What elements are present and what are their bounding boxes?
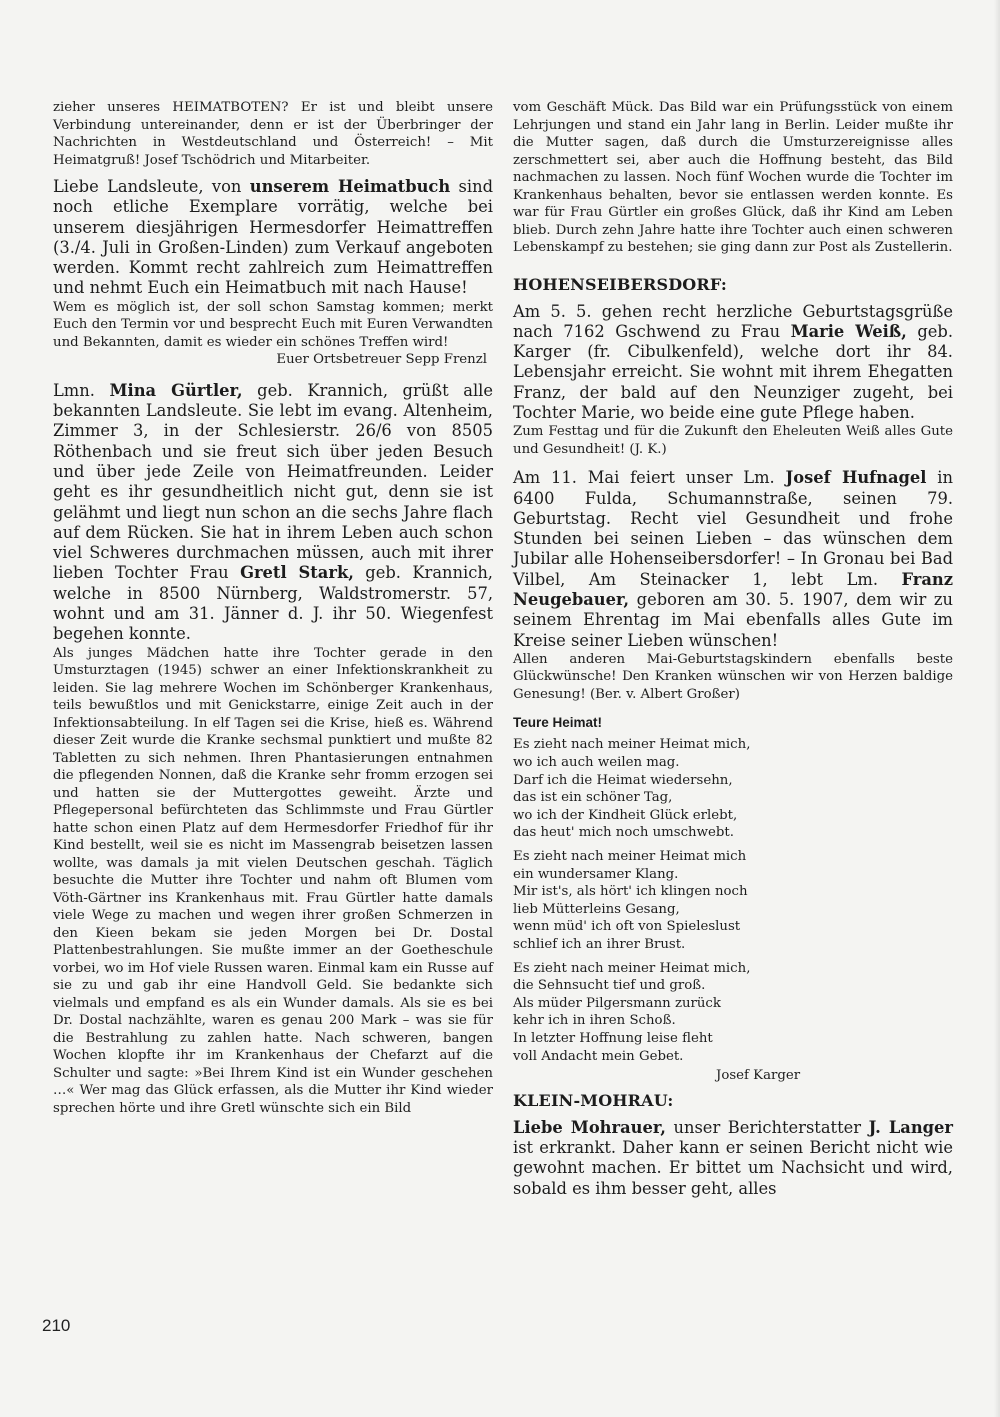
poem-author: Josef Karger	[513, 1067, 953, 1085]
hufnagel-paragraph: Am 11. Mai feiert unser Lm. Josef Hufnag…	[513, 468, 953, 651]
poem-line: wo ich auch weilen mag.	[513, 754, 953, 772]
text-span: ist erkrankt. Daher kann er seinen Beric…	[513, 1138, 953, 1198]
poem-line: Darf ich die Heimat wiedersehn,	[513, 772, 953, 790]
intro-continuation-paragraph: zieher unseres HEIMATBOTEN? Er ist und b…	[53, 99, 493, 169]
poem-title: Teure Heimat!	[513, 715, 953, 730]
poem-line: In letzter Hoffnung leise fleht	[513, 1030, 953, 1048]
poem-line: lieb Mütterleins Gesang,	[513, 901, 953, 919]
poem-line: die Sehnsucht tief und groß.	[513, 977, 953, 995]
section-heading-hohenseibersdorf: HOHENSEIBERSDORF:	[513, 275, 953, 294]
person-name: J. Langer	[869, 1118, 953, 1137]
poem-line: Mir ist's, als hört' ich klingen noch	[513, 883, 953, 901]
heimatbuch-emphasis: unserem Heimatbuch	[250, 177, 450, 196]
hufnagel-small-paragraph: Allen anderen Mai-Geburtstagskindern ebe…	[513, 651, 953, 704]
klein-mohrau-paragraph: Liebe Mohrauer, unser Berichterstatter J…	[513, 1118, 953, 1199]
poem-stanza: Es zieht nach meiner Heimat mich ein wun…	[513, 848, 953, 954]
section-heading-klein-mohrau: KLEIN-MOHRAU:	[513, 1091, 953, 1110]
salutation: Liebe Mohrauer,	[513, 1118, 666, 1137]
heimatbuch-small-paragraph: Wem es möglich ist, der soll schon Samst…	[53, 299, 493, 352]
text-span: unser Berichterstatter	[666, 1118, 869, 1137]
poem: Es zieht nach meiner Heimat mich, wo ich…	[513, 736, 953, 1084]
person-name: Gretl Stark,	[240, 563, 354, 582]
poem-line: kehr ich in ihren Schoß.	[513, 1012, 953, 1030]
weiss-paragraph: Am 5. 5. gehen recht herzliche Geburtsta…	[513, 302, 953, 424]
person-name: Josef Hufnagel	[786, 468, 927, 487]
poem-line: ein wundersamer Klang.	[513, 866, 953, 884]
heimatbuch-signature: Euer Ortsbetreuer Sepp Frenzl	[53, 351, 493, 369]
person-name: Marie Weiß,	[791, 322, 907, 341]
poem-line: Es zieht nach meiner Heimat mich,	[513, 736, 953, 754]
guertler-paragraph: Lmn. Mina Gürtler, geb. Krannich, grüßt …	[53, 381, 493, 645]
poem-stanza: Es zieht nach meiner Heimat mich, die Se…	[513, 960, 953, 1066]
text-span: Lmn.	[53, 381, 109, 400]
guertler-story-paragraph: Als junges Mädchen hatte ihre Tochter ge…	[53, 645, 493, 1118]
guertler-article: Lmn. Mina Gürtler, geb. Krannich, grüßt …	[53, 381, 493, 1117]
weiss-small-paragraph: Zum Festtag und für die Zukunft den Ehel…	[513, 423, 953, 458]
page-number: 210	[42, 1316, 70, 1336]
page-edge-shadow	[994, 0, 1000, 1417]
poem-line: wo ich der Kindheit Glück erlebt,	[513, 807, 953, 825]
poem-line: wenn müd' ich oft von Spieleslust	[513, 918, 953, 936]
poem-line: Als müder Pilgersmann zurück	[513, 995, 953, 1013]
text-span: geb. Krannich, grüßt alle bekannten Land…	[53, 381, 493, 583]
poem-line: Es zieht nach meiner Heimat mich	[513, 848, 953, 866]
guertler-continuation-paragraph: vom Geschäft Mück. Das Bild war ein Prüf…	[513, 99, 953, 257]
poem-line: schlief ich an ihrer Brust.	[513, 936, 953, 954]
text-span: Am 11. Mai feiert unser Lm.	[513, 468, 786, 487]
left-column: zieher unseres HEIMATBOTEN? Er ist und b…	[53, 99, 493, 1117]
person-name: Mina Gürtler,	[109, 381, 242, 400]
poem-line: das ist ein schöner Tag,	[513, 789, 953, 807]
poem-line: das heut' mich noch umschwebt.	[513, 824, 953, 842]
heimatbuch-announcement: Liebe Landsleute, von unserem Heimatbuch…	[53, 177, 493, 369]
poem-line: Es zieht nach meiner Heimat mich,	[513, 960, 953, 978]
heimatbuch-paragraph: Liebe Landsleute, von unserem Heimatbuch…	[53, 177, 493, 299]
poem-line: voll Andacht mein Gebet.	[513, 1048, 953, 1066]
text-span: Liebe Landsleute, von	[53, 177, 250, 196]
right-column: vom Geschäft Mück. Das Bild war ein Prüf…	[513, 99, 953, 1199]
poem-stanza: Es zieht nach meiner Heimat mich, wo ich…	[513, 736, 953, 842]
